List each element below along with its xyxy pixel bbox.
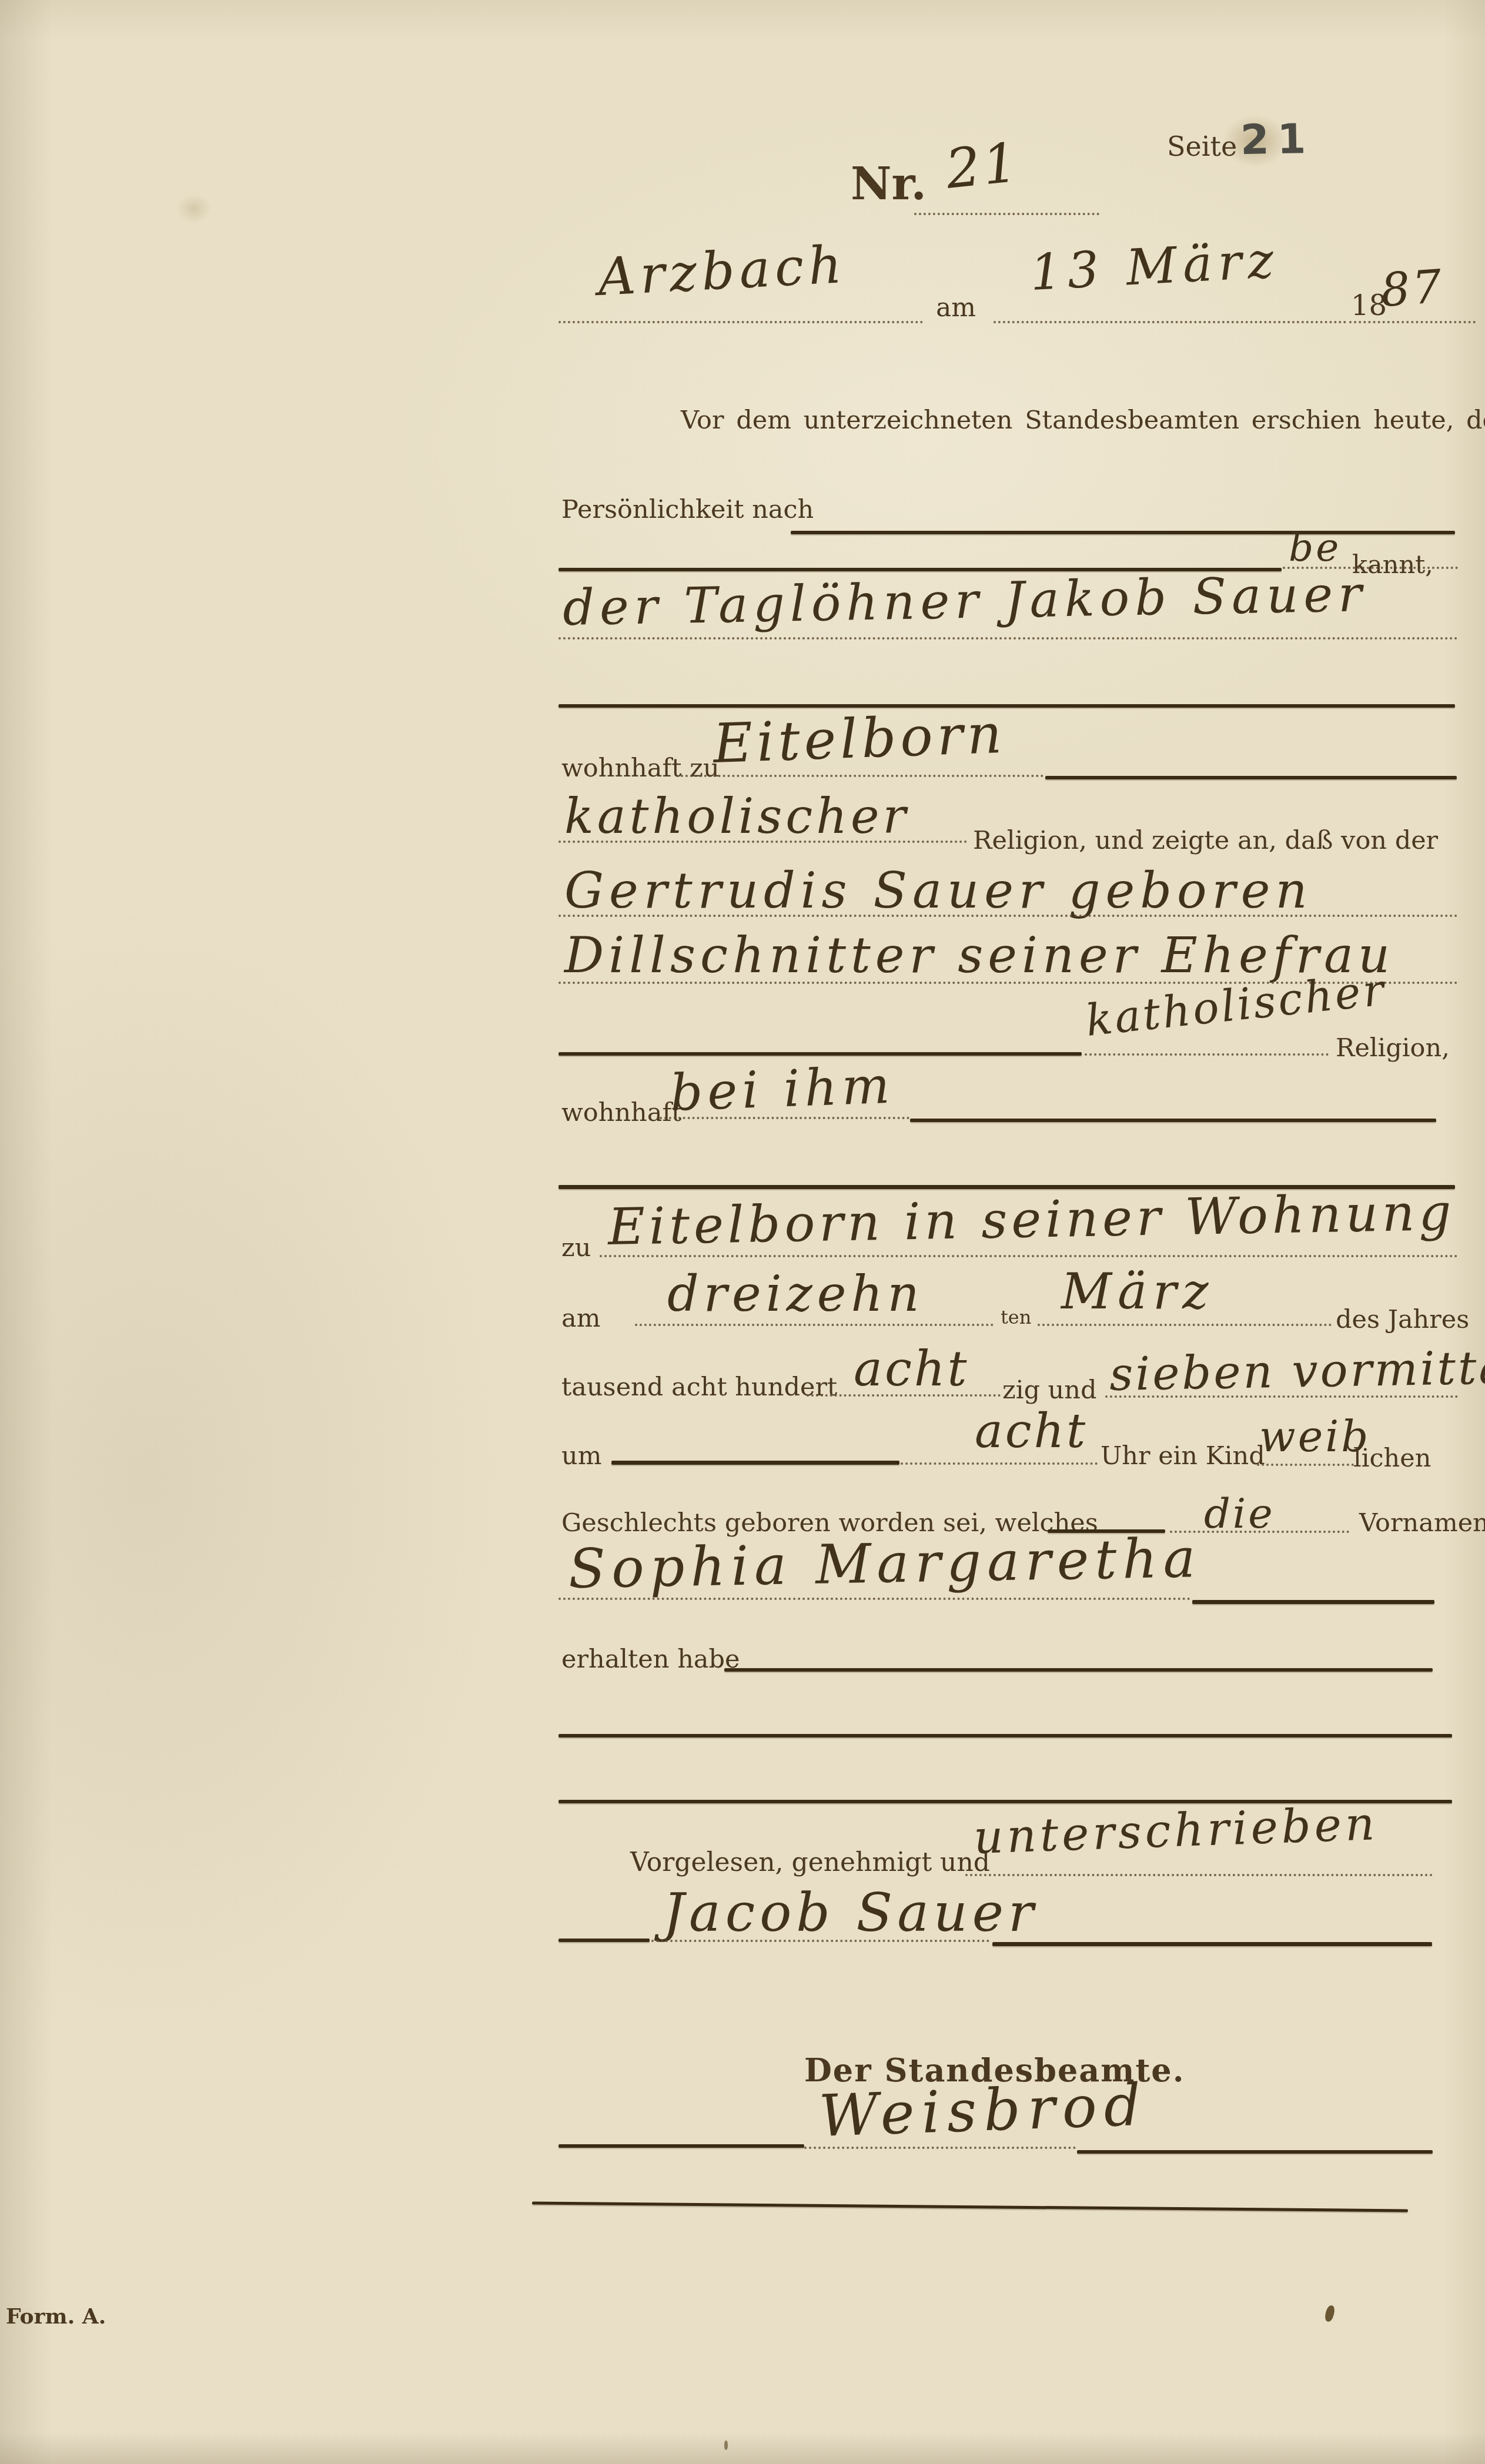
place-entry: Arzbach: [597, 234, 848, 307]
declarant-signature: Jacob Sauer: [663, 1882, 1038, 1944]
wohnhaft-label: wohnhaft: [561, 1098, 682, 1127]
uhr-label: Uhr ein Kind: [1101, 1441, 1265, 1471]
birth-hour-entry: acht: [975, 1404, 1088, 1458]
mother-name-entry: Gertrudis Sauer geboren: [564, 862, 1313, 919]
fill-line-dotted: [600, 1255, 1458, 1257]
zig-und-label: zig und: [1002, 1375, 1097, 1405]
religion-entry: katholischer: [564, 789, 909, 845]
fill-line-solid: [558, 1939, 650, 1942]
fill-line-dotted: [965, 1874, 1433, 1876]
fill-line-dotted: [660, 1117, 909, 1119]
birth-day-entry: dreizehn: [667, 1265, 924, 1323]
date-entry: 13 März: [1029, 231, 1281, 302]
fill-line-solid: [910, 1119, 1436, 1122]
lichen-label: lichen: [1353, 1444, 1431, 1473]
fill-line-dotted: [651, 1940, 989, 1942]
tausend-label: tausend acht hundert: [561, 1372, 837, 1402]
blank-line: [558, 1734, 1452, 1737]
record-number-value: 21: [943, 131, 1023, 201]
zu-label: zu: [561, 1233, 591, 1263]
fill-line-solid: [1192, 1600, 1434, 1604]
wohnhaft-zu-label: wohnhaft zu: [561, 754, 720, 783]
birth-record-page: Seite 21 Nr. 21 Arzbach am 13 März 18 87…: [0, 0, 1485, 2464]
child-name-entry: Sophia Margaretha: [568, 1526, 1202, 1601]
intro-line1: Vor dem unterzeichneten Standesbeamten e…: [681, 406, 1485, 435]
ink-speck: [724, 2440, 728, 2450]
unterschrieben-entry: unterschrieben: [973, 1797, 1379, 1864]
fill-line-dotted: [558, 841, 967, 843]
fill-line-dotted: [807, 1394, 1001, 1397]
record-number-label: Nr.: [851, 158, 927, 210]
vorgelesen-label: Vorgelesen, genehmigt und: [630, 1847, 990, 1877]
recognition-entry: be: [1289, 525, 1341, 570]
religion2-label: Religion,: [1336, 1033, 1450, 1063]
fill-line-dotted: [914, 213, 1099, 215]
am-label: am: [936, 293, 976, 323]
closing-rule: [532, 2201, 1408, 2212]
intro-line2: Persönlichkeit nach: [561, 495, 814, 524]
fill-line-solid: [724, 1668, 1433, 1672]
mother-maiden-entry: Dillschnitter seiner Ehefrau: [564, 926, 1394, 984]
residence2-entry: bei ihm: [670, 1056, 895, 1123]
declarant-entry: der Taglöhner Jakob Sauer: [562, 565, 1367, 637]
erhalten-label: erhalten habe: [561, 1645, 740, 1674]
fill-line-dotted: [1349, 321, 1476, 323]
birth-place-entry: Eitelborn in seiner Wohnung: [607, 1183, 1456, 1257]
ten-label: ten: [1001, 1306, 1031, 1328]
fill-line-solid: [992, 1942, 1432, 1946]
fill-line-solid: [1045, 776, 1457, 779]
seite-label: Seite: [1167, 130, 1237, 162]
form-label: Form. A.: [6, 2304, 106, 2329]
fill-line-solid: [791, 531, 1455, 534]
fill-line-dotted: [558, 915, 1458, 917]
ink-speck: [1324, 2305, 1336, 2323]
fill-line-dotted: [558, 321, 923, 323]
residence-entry: Eitelborn: [712, 702, 1006, 775]
fill-line-dotted: [994, 321, 1346, 323]
registrar-signature: Weisbrod: [818, 2072, 1149, 2150]
um-label: um: [561, 1441, 601, 1471]
des-jahres-label: des Jahres: [1336, 1305, 1469, 1334]
fill-line-solid: [558, 2144, 804, 2148]
year-unit-entry: sieben vormittags: [1109, 1340, 1485, 1401]
year-decade-entry: acht: [854, 1341, 969, 1397]
page-number-stamp: 21: [1240, 115, 1315, 164]
blank-line: [558, 704, 1455, 708]
year-entry: 87: [1379, 260, 1446, 317]
vornamen-label: Vornamen: [1359, 1508, 1485, 1538]
paper-stain: [176, 194, 212, 223]
fill-line-dotted: [676, 775, 1043, 777]
fill-line-dotted: [558, 637, 1458, 640]
birth-month-entry: März: [1061, 1263, 1215, 1320]
fill-line-dotted: [558, 1598, 1190, 1600]
fill-line-solid: [611, 1461, 899, 1465]
fill-line-dotted: [901, 1462, 1098, 1465]
fill-line-dotted: [1085, 1053, 1329, 1056]
fill-line-solid: [1077, 2150, 1433, 2154]
am2-label: am: [561, 1304, 600, 1333]
religion-label: Religion, und zeigte an, daß von der: [973, 826, 1438, 855]
fill-line-dotted: [635, 1324, 994, 1326]
fill-line-dotted: [1038, 1324, 1332, 1326]
fill-line-dotted: [1105, 1395, 1458, 1398]
fill-line-solid: [558, 1052, 1082, 1056]
fill-line-dotted: [804, 2147, 1076, 2149]
fill-line-dotted: [1257, 1464, 1354, 1466]
